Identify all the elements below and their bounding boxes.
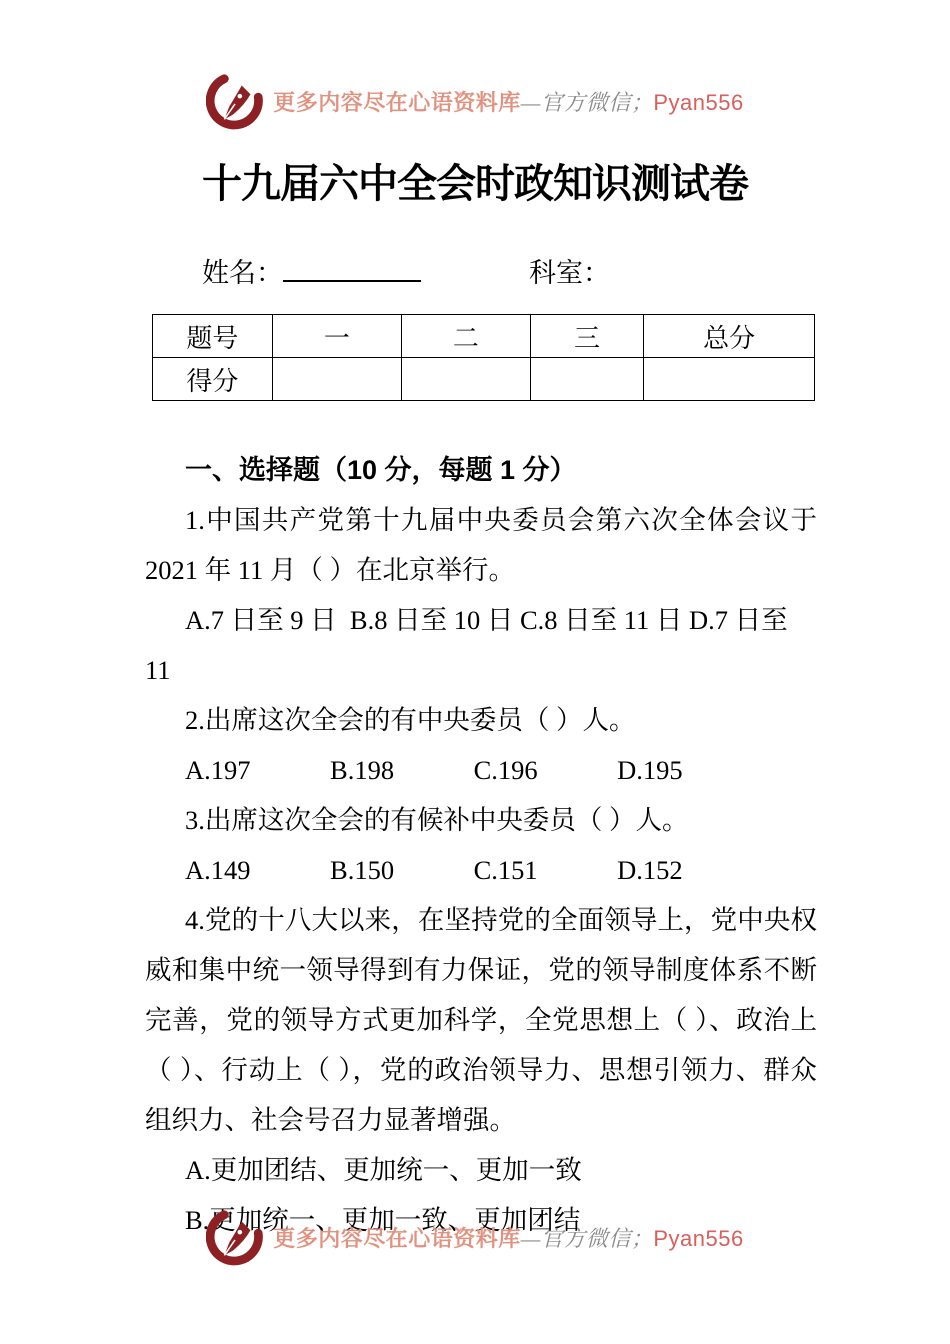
brand-dash: — xyxy=(521,90,541,115)
q3: 3.出席这次全会的有候补中央委员（ ）人。 xyxy=(145,795,817,845)
q1-options: A.7 日至 9 日 B.8 日至 10 日 C.8 日至 11 日 D.7 日… xyxy=(145,595,817,695)
cell-score-total xyxy=(644,358,815,401)
header-brand-row: 更多内容尽在心语资料库—官方微信；Pyan556 xyxy=(0,72,950,130)
cell-score-three xyxy=(530,358,643,401)
pen-swirl-logo-icon xyxy=(206,1208,264,1266)
name-blank-line xyxy=(283,250,421,282)
brand-wechat-id: Pyan556 xyxy=(653,1226,743,1251)
q4: 4.党的十八大以来，在坚持党的全面领导上，党中央权威和集中统一领导得到有力保证，… xyxy=(145,895,817,1145)
footer-brand-row: 更多内容尽在心语资料库—官方微信；Pyan556 xyxy=(0,1208,950,1266)
brand-library-text: 更多内容尽在心语资料库 xyxy=(273,1226,521,1251)
questions: 一、选择题（10 分，每题 1 分） 1.中国共产党第十九届中央委员会第六次全体… xyxy=(145,445,817,1245)
q2: 2.出席这次全会的有中央委员（ ）人。 xyxy=(145,695,817,745)
section-heading: 一、选择题（10 分，每题 1 分） xyxy=(145,445,817,495)
q1: 1.中国共产党第十九届中央委员会第六次全体会议于 2021 年 11 月（ ）在… xyxy=(145,495,817,595)
cell-score-two xyxy=(401,358,530,401)
cell-section-one: 一 xyxy=(272,315,401,358)
q3-options: A.149 B.150 C.151 D.152 xyxy=(145,845,817,895)
table-row-scores: 得分 xyxy=(153,358,815,401)
cell-section-three: 三 xyxy=(530,315,643,358)
brand-library-text: 更多内容尽在心语资料库 xyxy=(273,90,521,115)
brand-wechat-label: 官方微信； xyxy=(541,90,654,115)
name-row: 姓名：科室： xyxy=(202,250,610,293)
cell-score-one xyxy=(272,358,401,401)
brand-wechat-id: Pyan556 xyxy=(653,90,743,115)
pen-swirl-logo-icon xyxy=(206,72,264,130)
q2-options: A.197 B.198 C.196 D.195 xyxy=(145,745,817,795)
page-title: 十九届六中全会时政知识测试卷 xyxy=(0,156,950,212)
cell-section-two: 二 xyxy=(401,315,530,358)
brand-wechat-label: 官方微信； xyxy=(541,1226,654,1251)
exam-document-page: 更多内容尽在心语资料库—官方微信；Pyan556 十九届六中全会时政知识测试卷 … xyxy=(0,0,950,1344)
header-brand-text: 更多内容尽在心语资料库—官方微信；Pyan556 xyxy=(273,86,743,117)
name-label: 姓名： xyxy=(202,258,283,288)
cell-question-number-label: 题号 xyxy=(153,315,273,358)
cell-score-label: 得分 xyxy=(153,358,273,401)
department-label: 科室： xyxy=(529,258,610,288)
score-table: 题号 一 二 三 总分 得分 xyxy=(152,314,815,401)
brand-dash: — xyxy=(521,1226,541,1251)
table-row-question-numbers: 题号 一 二 三 总分 xyxy=(153,315,815,358)
cell-total-score-label: 总分 xyxy=(644,315,815,358)
footer-brand-text: 更多内容尽在心语资料库—官方微信；Pyan556 xyxy=(273,1222,743,1253)
q4-option-a: A.更加团结、更加统一、更加一致 xyxy=(145,1145,817,1195)
